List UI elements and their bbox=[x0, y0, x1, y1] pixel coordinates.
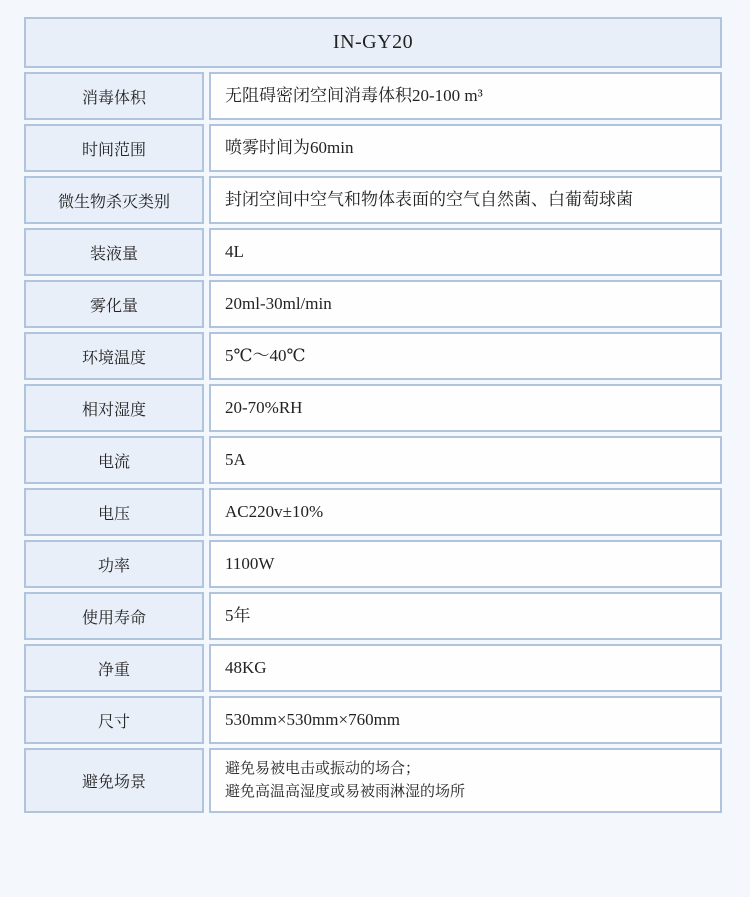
spec-label: 相对湿度 bbox=[24, 384, 204, 432]
table-row: 尺寸 530mm×530mm×760mm bbox=[24, 696, 722, 744]
spec-value: 5年 bbox=[209, 592, 722, 640]
spec-value: 48KG bbox=[209, 644, 722, 692]
spec-label: 装液量 bbox=[24, 228, 204, 276]
table-row: 使用寿命 5年 bbox=[24, 592, 722, 640]
spec-label: 微生物杀灭类别 bbox=[24, 176, 204, 224]
spec-label: 净重 bbox=[24, 644, 204, 692]
spec-value: 20ml-30ml/min bbox=[209, 280, 722, 328]
spec-value: 4L bbox=[209, 228, 722, 276]
table-title: IN-GY20 bbox=[24, 17, 722, 68]
table-row: 功率 1100W bbox=[24, 540, 722, 588]
table-row: 净重 48KG bbox=[24, 644, 722, 692]
table-row: 微生物杀灭类别 封闭空间中空气和物体表面的空气自然菌、白葡萄球菌 bbox=[24, 176, 722, 224]
table-row: 避免场景 避免易被电击或振动的场合； 避免高温高湿度或易被雨淋湿的场所 bbox=[24, 748, 722, 813]
table-row: 雾化量 20ml-30ml/min bbox=[24, 280, 722, 328]
spec-label: 时间范围 bbox=[24, 124, 204, 172]
spec-value: 1100W bbox=[209, 540, 722, 588]
spec-table: IN-GY20 消毒体积 无阻碍密闭空间消毒体积20-100 m³ 时间范围 喷… bbox=[24, 17, 722, 813]
spec-value: 避免易被电击或振动的场合； 避免高温高湿度或易被雨淋湿的场所 bbox=[209, 748, 722, 813]
spec-value: 喷雾时间为60min bbox=[209, 124, 722, 172]
spec-label: 避免场景 bbox=[24, 748, 204, 813]
spec-label: 雾化量 bbox=[24, 280, 204, 328]
spec-value: 20-70%RH bbox=[209, 384, 722, 432]
table-row: 相对湿度 20-70%RH bbox=[24, 384, 722, 432]
table-row: 电压 AC220v±10% bbox=[24, 488, 722, 536]
spec-value: 5℃～40℃ bbox=[209, 332, 722, 380]
table-row: 消毒体积 无阻碍密闭空间消毒体积20-100 m³ bbox=[24, 72, 722, 120]
spec-label: 使用寿命 bbox=[24, 592, 204, 640]
spec-value: 封闭空间中空气和物体表面的空气自然菌、白葡萄球菌 bbox=[209, 176, 722, 224]
table-row: 装液量 4L bbox=[24, 228, 722, 276]
spec-label: 功率 bbox=[24, 540, 204, 588]
spec-label: 尺寸 bbox=[24, 696, 204, 744]
spec-label: 环境温度 bbox=[24, 332, 204, 380]
table-row: 时间范围 喷雾时间为60min bbox=[24, 124, 722, 172]
spec-value: 无阻碍密闭空间消毒体积20-100 m³ bbox=[209, 72, 722, 120]
spec-label: 消毒体积 bbox=[24, 72, 204, 120]
table-row: 环境温度 5℃～40℃ bbox=[24, 332, 722, 380]
spec-label: 电流 bbox=[24, 436, 204, 484]
table-row: 电流 5A bbox=[24, 436, 722, 484]
spec-value: 5A bbox=[209, 436, 722, 484]
spec-label: 电压 bbox=[24, 488, 204, 536]
spec-value: AC220v±10% bbox=[209, 488, 722, 536]
spec-value: 530mm×530mm×760mm bbox=[209, 696, 722, 744]
